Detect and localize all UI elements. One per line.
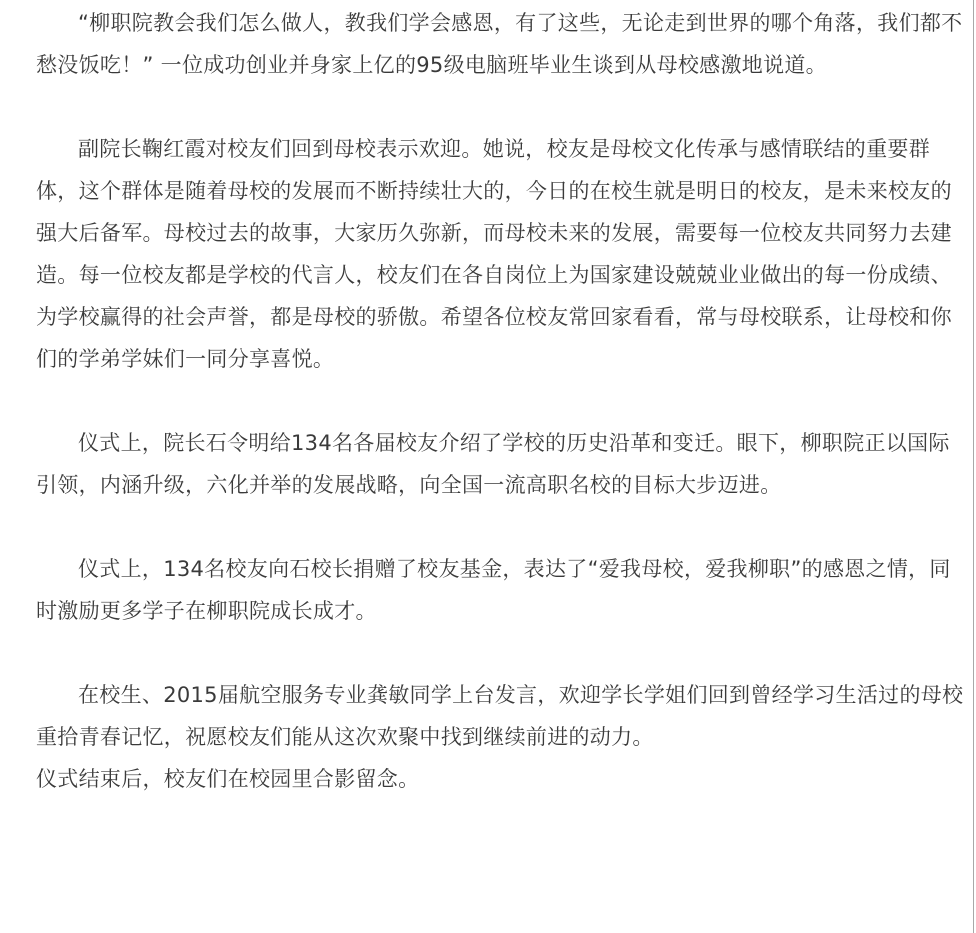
paragraph-president-introduction: 仪式上，院长石令明给134名各届校友介绍了学校的历史沿革和变迁。眼下，柳职院正以…	[36, 422, 970, 506]
paragraph-vice-president-speech: 副院长鞠红霞对校友们回到母校表示欢迎。她说，校友是母校文化传承与感情联结的重要群…	[36, 128, 970, 380]
paragraph-student-speech: 在校生、2015届航空服务专业龚敏同学上台发言，欢迎学长学姐们回到曾经学习生活过…	[36, 674, 970, 758]
paragraph-spacer	[36, 506, 970, 548]
paragraph-spacer	[36, 86, 970, 128]
paragraph-group-photo: 仪式结束后，校友们在校园里合影留念。	[36, 758, 970, 800]
content-right-border	[973, 0, 974, 933]
paragraph-spacer	[36, 632, 970, 674]
paragraph-alumni-quote: “柳职院教会我们怎么做人，教我们学会感恩，有了这些，无论走到世界的哪个角落，我们…	[36, 2, 970, 86]
article-body: “柳职院教会我们怎么做人，教我们学会感恩，有了这些，无论走到世界的哪个角落，我们…	[36, 0, 970, 800]
paragraph-spacer	[36, 380, 970, 422]
paragraph-alumni-fund-donation: 仪式上，134名校友向石校长捐赠了校友基金，表达了“爱我母校，爱我柳职”的感恩之…	[36, 548, 970, 632]
